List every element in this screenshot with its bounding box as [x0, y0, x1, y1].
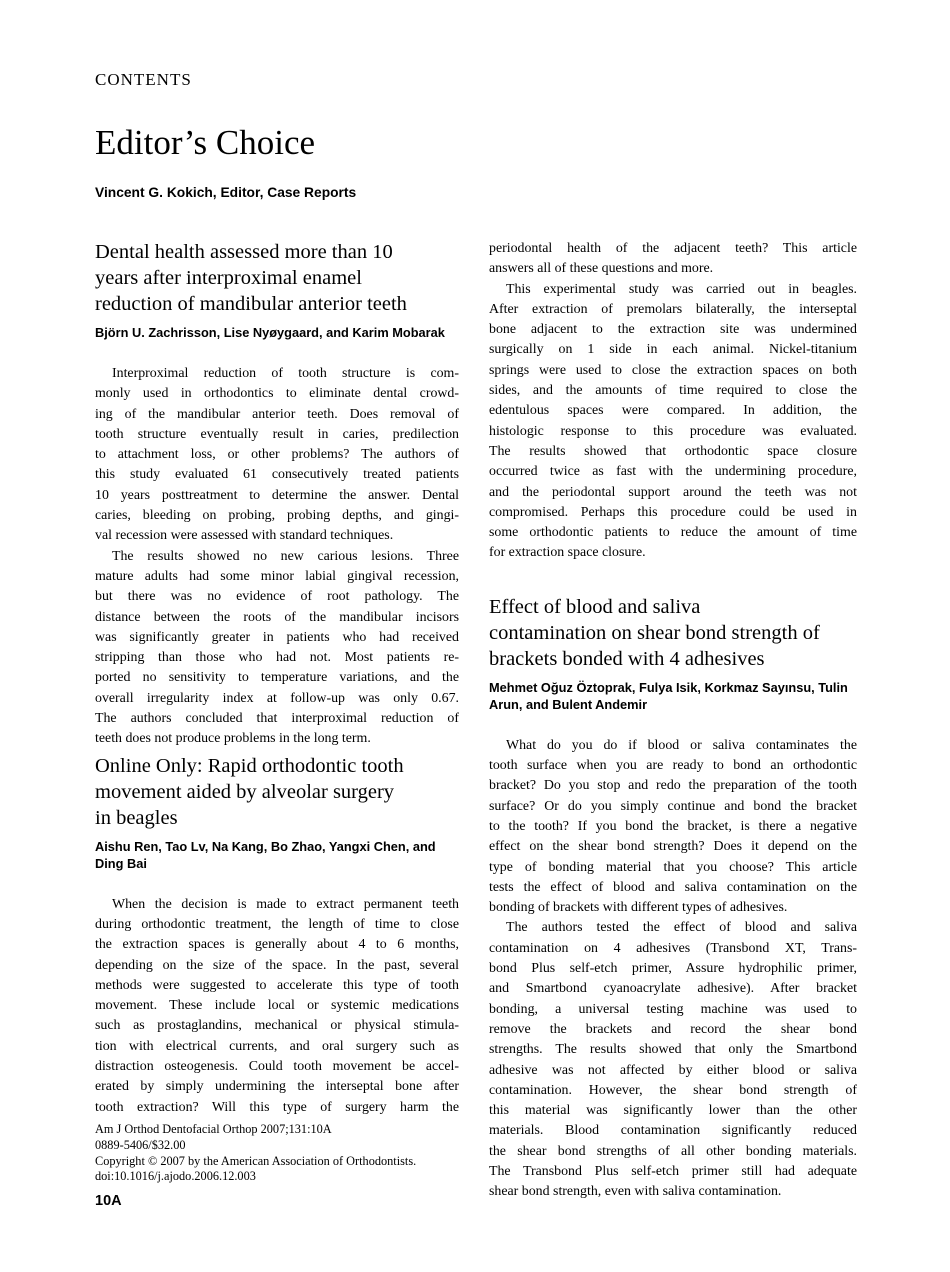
text-line: adhesive was not affected by either bloo…	[489, 1061, 857, 1081]
text-line: periodontal health of the adjacent teeth…	[489, 239, 857, 259]
text-line: movement. These include local or systemi…	[95, 996, 459, 1016]
text-line: bonding of brackets with different types…	[489, 898, 857, 918]
text-line: answers all of these questions and more.	[489, 259, 857, 279]
article-paragraph: When the decision is made to extract per…	[95, 895, 459, 1118]
text-line: springs were used to close the extractio…	[489, 361, 857, 381]
text-line: Björn U. Zachrisson, Lise Nyøygaard, and…	[95, 324, 459, 341]
text-line: Interproximal reduction of tooth structu…	[95, 364, 459, 384]
text-line: strengths. The results showed that only …	[489, 1040, 857, 1060]
article-authors: Aishu Ren, Tao Lv, Na Kang, Bo Zhao, Yan…	[95, 838, 459, 872]
text-line: ported no sensitivity to temperature var…	[95, 668, 459, 688]
text-line: occurred twice as fast with the undermin…	[489, 462, 857, 482]
text-line: methods were suggested to accelerate thi…	[95, 976, 459, 996]
text-line: contamination on shear bond strength of	[489, 620, 857, 646]
text-line: Arun, and Bulent Andemir	[489, 696, 857, 713]
article-paragraph: periodontal health of the adjacent teeth…	[489, 239, 857, 280]
article-paragraph: Interproximal reduction of tooth structu…	[95, 364, 459, 547]
text-line: during orthodontic treatment, the length…	[95, 915, 459, 935]
text-line: years after interproximal enamel	[95, 265, 459, 291]
text-line: some orthodontic patients to reduce the …	[489, 523, 857, 543]
left-column: Dental health assessed more than 10years…	[95, 239, 459, 1210]
text-line: depending on the size of the space. In t…	[95, 956, 459, 976]
text-line: such as prostaglandins, mechanical or ph…	[95, 1016, 459, 1036]
article-title: Dental health assessed more than 10years…	[95, 239, 459, 317]
editor-byline: Vincent G. Kokich, Editor, Case Reports	[95, 184, 858, 201]
text-line: contamination. However, the shear bond s…	[489, 1081, 857, 1101]
journal-footnote: Am J Orthod Dentofacial Orthop 2007;131:…	[95, 1122, 459, 1185]
article-paragraph: The results showed no new carious lesion…	[95, 547, 459, 750]
text-line: histologic response to this procedure wa…	[489, 422, 857, 442]
text-line: stripping than those who had not. Most p…	[95, 648, 459, 668]
text-line: tooth extraction? Will this type of surg…	[95, 1098, 459, 1118]
text-line: What do you do if blood or saliva contam…	[489, 736, 857, 756]
text-line: Copyright © 2007 by the American Associa…	[95, 1154, 459, 1170]
text-line: bonding, a universal testing machine was…	[489, 1000, 857, 1020]
text-line: brackets bonded with 4 adhesives	[489, 646, 857, 672]
article-summary-continuation: periodontal health of the adjacent teeth…	[489, 239, 857, 564]
text-line: reduction of mandibular anterior teeth	[95, 291, 459, 317]
text-line: in beagles	[95, 805, 459, 831]
text-line: remove the brackets and record the shear…	[489, 1020, 857, 1040]
contents-kicker: CONTENTS	[95, 70, 858, 90]
text-line: After extraction of premolars bilaterall…	[489, 300, 857, 320]
text-line: the shear bond strengths of all other bo…	[489, 1142, 857, 1162]
text-line: When the decision is made to extract per…	[95, 895, 459, 915]
text-line: Aishu Ren, Tao Lv, Na Kang, Bo Zhao, Yan…	[95, 838, 459, 855]
text-line: Effect of blood and saliva	[489, 594, 857, 620]
text-line: surface? Or do you simply continue and b…	[489, 797, 857, 817]
text-line: edentulous spaces were compared. In addi…	[489, 401, 857, 421]
text-line: Online Only: Rapid orthodontic tooth	[95, 753, 459, 779]
text-line: doi:10.1016/j.ajodo.2006.12.003	[95, 1169, 459, 1185]
text-line: Ding Bai	[95, 855, 459, 872]
two-column-layout: Dental health assessed more than 10years…	[95, 239, 858, 1210]
text-line: 10 years posttreatment to determine the …	[95, 486, 459, 506]
text-line: Mehmet Oğuz Öztoprak, Fulya Isik, Korkma…	[489, 679, 857, 696]
text-line: Dental health assessed more than 10	[95, 239, 459, 265]
text-line: caries, bleeding on probing, probing dep…	[95, 506, 459, 526]
text-line: mature adults had some minor labial ging…	[95, 567, 459, 587]
text-line: for extraction space closure.	[489, 543, 857, 563]
text-line: teeth does not produce problems in the l…	[95, 729, 459, 749]
article-title: Effect of blood and salivacontamination …	[489, 594, 857, 672]
page-number: 10A	[95, 1192, 459, 1210]
text-line: bone adjacent to the extraction site was…	[489, 320, 857, 340]
text-line: ing of the mandibular anterior teeth. Do…	[95, 405, 459, 425]
page-title: Editor’s Choice	[95, 123, 858, 163]
article-paragraph: The authors tested the effect of blood a…	[489, 918, 857, 1202]
text-line: bond Plus self-etch primer, Assure hydro…	[489, 959, 857, 979]
text-line: this material was significantly lower th…	[489, 1101, 857, 1121]
text-line: this study evaluated 61 consecutively tr…	[95, 465, 459, 485]
text-line: type of bonding material that you choose…	[489, 858, 857, 878]
article-authors: Björn U. Zachrisson, Lise Nyøygaard, and…	[95, 324, 459, 341]
text-line: materials. Blood contamination significa…	[489, 1121, 857, 1141]
text-line: effect on the shear bond strength? Does …	[489, 837, 857, 857]
text-line: sides, and the amounts of time required …	[489, 381, 857, 401]
text-line: compromised. Perhaps this procedure coul…	[489, 503, 857, 523]
text-line: The Transbond Plus self-etch primer stil…	[489, 1162, 857, 1182]
text-line: The authors concluded that interproximal…	[95, 709, 459, 729]
text-line: to attachment loss, or other problems? T…	[95, 445, 459, 465]
text-line: surgically on 1 side in each animal. Nic…	[489, 340, 857, 360]
text-line: the extraction spaces is generally about…	[95, 935, 459, 955]
article-title: Online Only: Rapid orthodontic toothmove…	[95, 753, 459, 831]
article-paragraph: What do you do if blood or saliva contam…	[489, 736, 857, 919]
text-line: The authors tested the effect of blood a…	[489, 918, 857, 938]
page-content: CONTENTS Editor’s Choice Vincent G. Koki…	[95, 0, 858, 1210]
text-line: tests the effect of blood and saliva con…	[489, 878, 857, 898]
text-line: Am J Orthod Dentofacial Orthop 2007;131:…	[95, 1122, 459, 1138]
article-summary-blood-saliva: Effect of blood and salivacontamination …	[489, 594, 857, 1203]
text-line: movement aided by alveolar surgery	[95, 779, 459, 805]
text-line: monly used in orthodontics to eliminate …	[95, 384, 459, 404]
text-line: bracket? Do you stop and redo the prepar…	[489, 776, 857, 796]
text-line: but there was no evidence of root pathol…	[95, 587, 459, 607]
text-line: The results showed no new carious lesion…	[95, 547, 459, 567]
journal-contents-page: CONTENTS Editor’s Choice Vincent G. Koki…	[0, 0, 950, 1272]
text-line: shear bond strength, even with saliva co…	[489, 1182, 857, 1202]
text-line: 0889-5406/$32.00	[95, 1138, 459, 1154]
text-line: tion with electrical currents, and oral …	[95, 1037, 459, 1057]
text-line: val recession were assessed with standar…	[95, 526, 459, 546]
text-line: and the periodontal support around the t…	[489, 483, 857, 503]
text-line: was significantly greater in patients wh…	[95, 628, 459, 648]
text-line: overall irregularity index at follow-up …	[95, 689, 459, 709]
text-line: tooth structure eventually result in car…	[95, 425, 459, 445]
text-line: The results showed that orthodontic spac…	[489, 442, 857, 462]
article-summary-dental-health: Dental health assessed more than 10years…	[95, 239, 459, 750]
article-paragraph: This experimental study was carried out …	[489, 280, 857, 564]
text-line: tooth surface when you are ready to bond…	[489, 756, 857, 776]
text-line: erated by simply undermining the interse…	[95, 1077, 459, 1097]
right-column: periodontal health of the adjacent teeth…	[489, 239, 857, 1203]
text-line: distance between the roots of the mandib…	[95, 608, 459, 628]
text-line: contamination on 4 adhesives (Transbond …	[489, 939, 857, 959]
text-line: to the tooth? If you bond the bracket, i…	[489, 817, 857, 837]
article-summary-rapid-tooth-movement: Online Only: Rapid orthodontic toothmove…	[95, 753, 459, 1118]
text-line: This experimental study was carried out …	[489, 280, 857, 300]
text-line: distraction osteogenesis. Could tooth mo…	[95, 1057, 459, 1077]
article-authors: Mehmet Oğuz Öztoprak, Fulya Isik, Korkma…	[489, 679, 857, 713]
text-line: and Smartbond cyanoacrylate adhesive). A…	[489, 979, 857, 999]
